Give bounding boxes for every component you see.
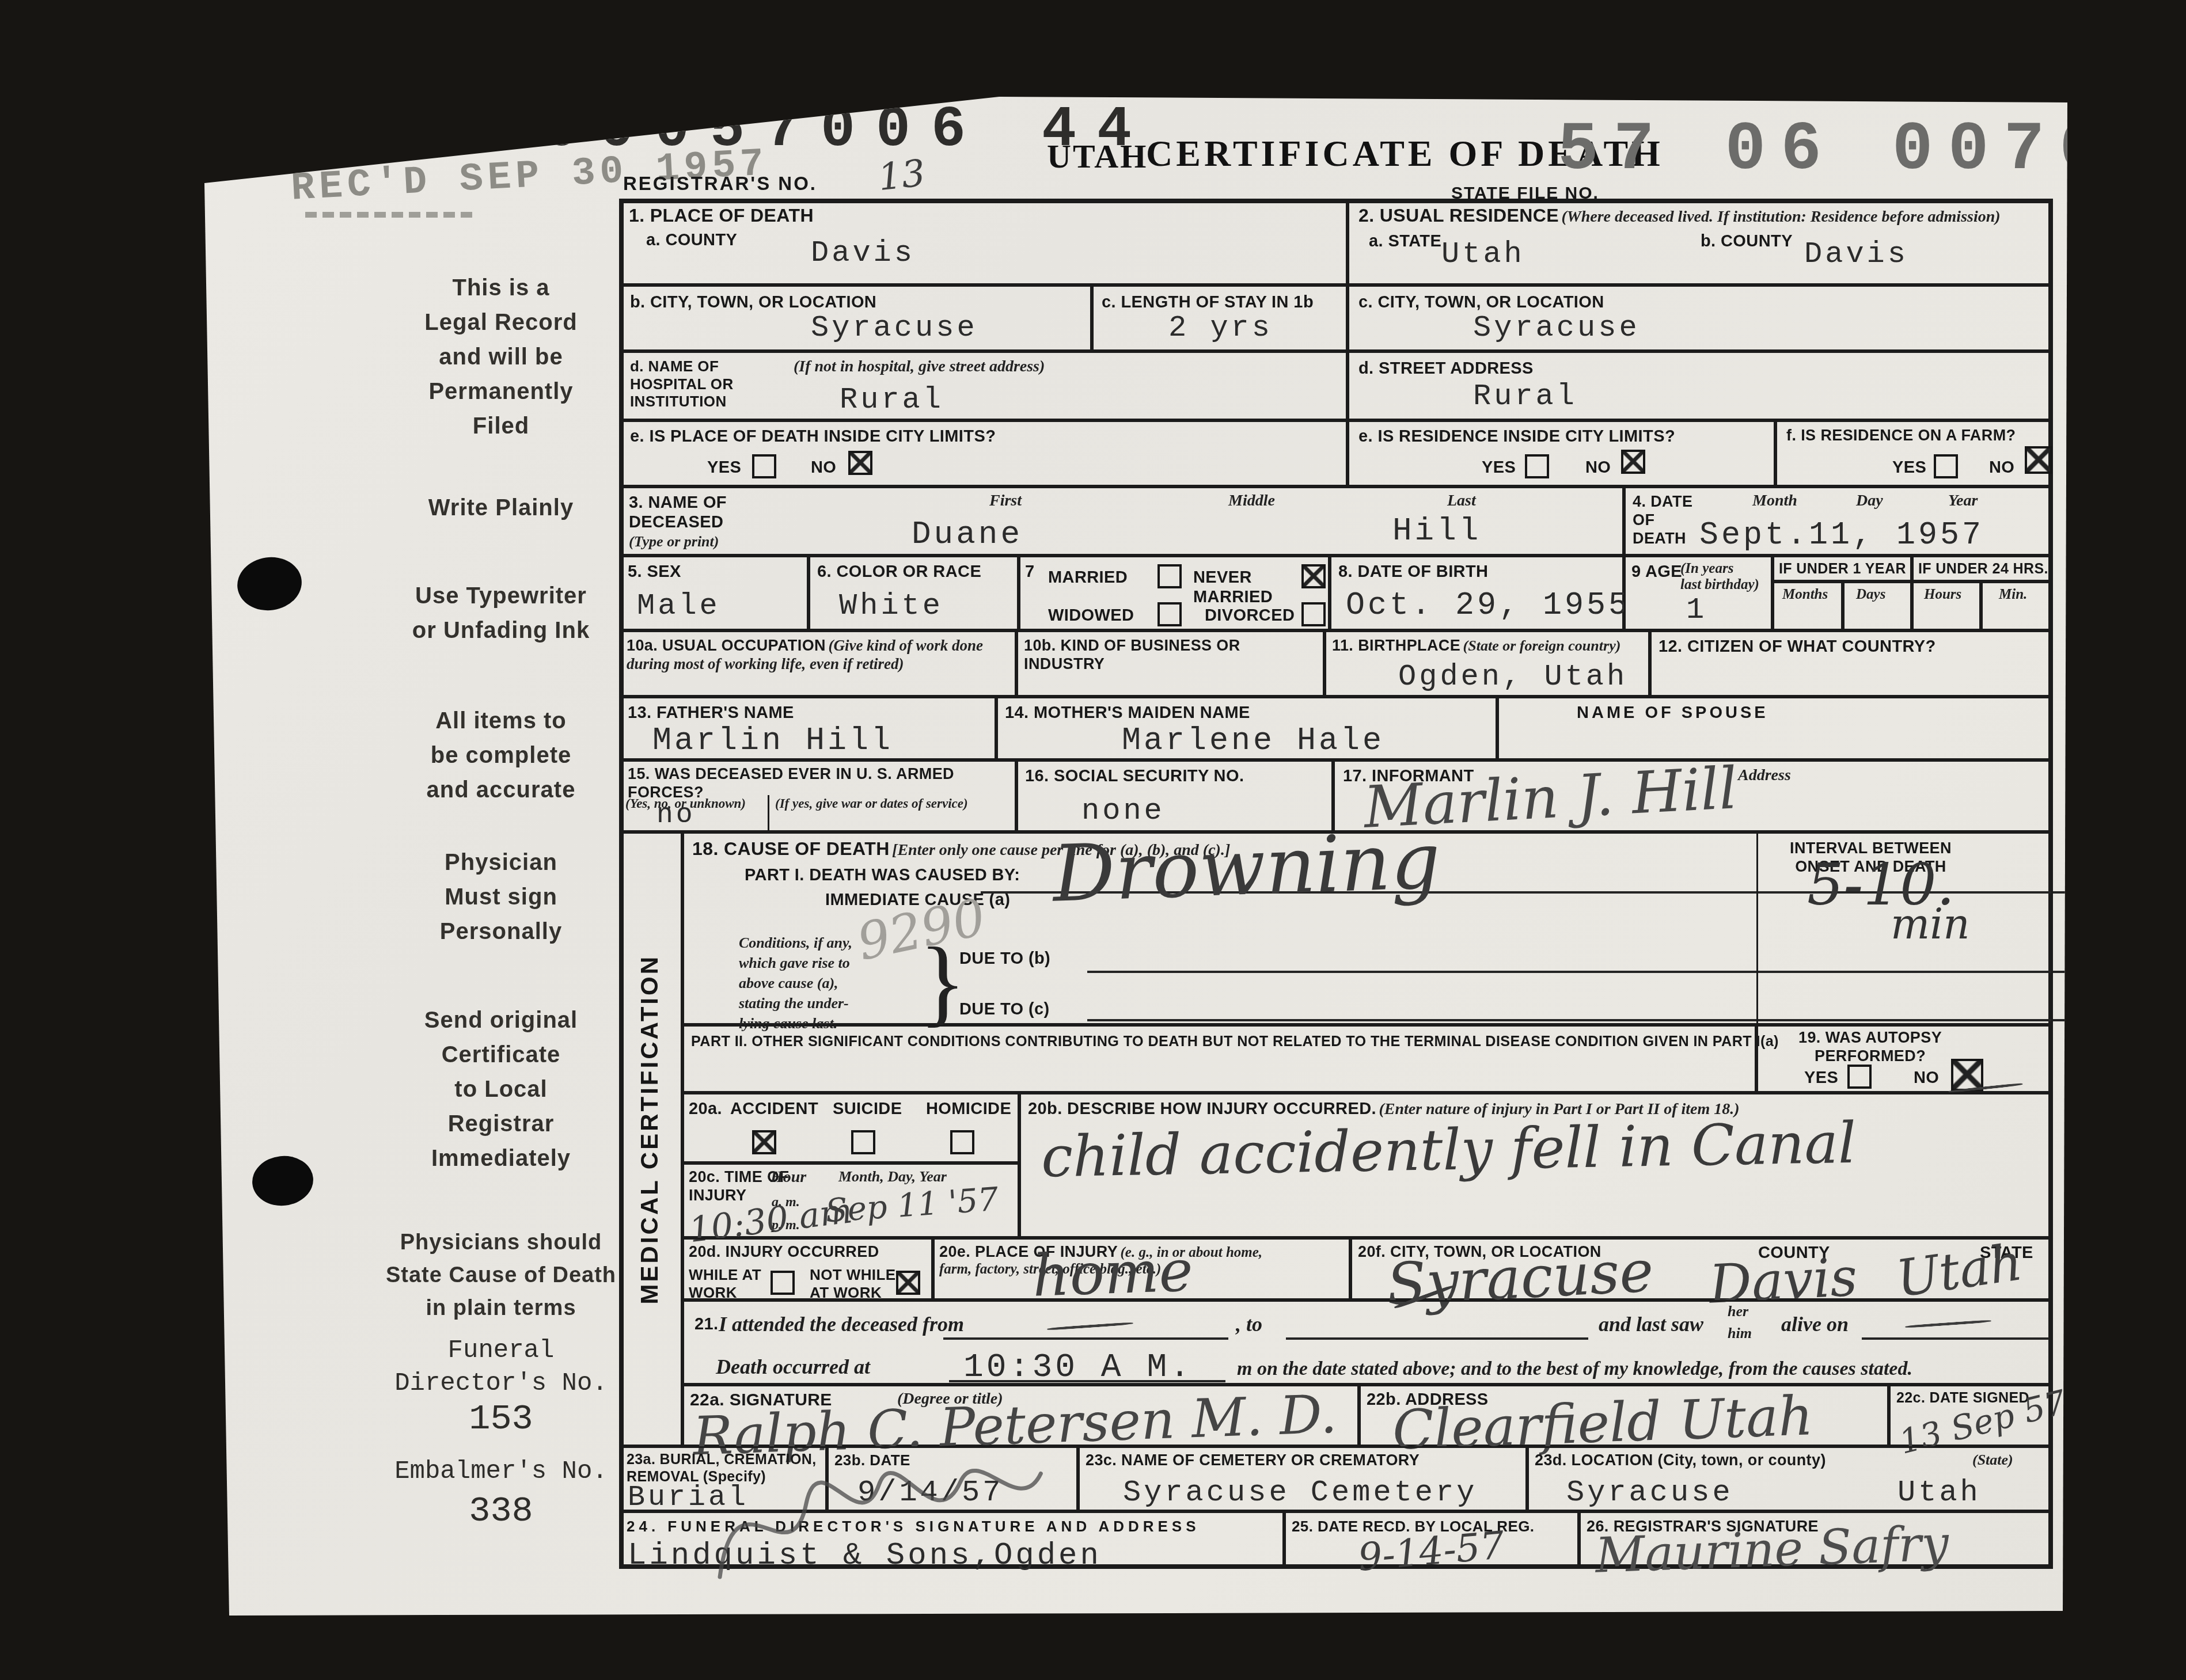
field-21-her-text: her xyxy=(1728,1303,1748,1320)
funeral-director-no-label: Funeral Director's No. xyxy=(346,1335,656,1400)
field-4-year-label: Year xyxy=(1948,492,1978,510)
field-9-under-24-header: IF UNDER 24 HRS. xyxy=(1912,556,2053,581)
field-1b-city: b. CITY, TOWN, OR LOCATION Syracuse xyxy=(619,285,1092,351)
field-26-value: Maurine Safry xyxy=(1594,1515,1949,1583)
field-20a-accident-label: ACCIDENT xyxy=(730,1099,818,1119)
field-15-hint2: (If yes, give war or dates of service) xyxy=(775,796,968,811)
field-21-attended-text: I attended the deceased from xyxy=(719,1312,964,1336)
field-20d-while-checkbox xyxy=(771,1271,795,1295)
field-2e-city-limits: e. IS RESIDENCE INSIDE CITY LIMITS? YES … xyxy=(1348,420,1775,486)
field-19-label: 19. WAS AUTOPSY PERFORMED? xyxy=(1798,1029,1942,1066)
field-2c-label: c. CITY, TOWN, OR LOCATION xyxy=(1358,292,1604,312)
field-1d-hint: (If not in hospital, give street address… xyxy=(794,358,1045,376)
field-18c-label: DUE TO (c) xyxy=(959,999,1050,1019)
field-7-married-label: MARRIED xyxy=(1048,568,1128,587)
field-18-part2-label: PART II. OTHER SIGNIFICANT CONDITIONS CO… xyxy=(691,1032,1779,1050)
field-20b-value: child accidently fell in Canal xyxy=(1041,1111,1857,1191)
field-16-label: 16. SOCIAL SECURITY NO. xyxy=(1025,766,1244,786)
registrars-no-label: REGISTRAR'S NO. xyxy=(623,173,817,195)
field-9-min: Min. xyxy=(1981,581,2053,630)
registrars-no-value: 13 xyxy=(876,152,927,199)
field-11-label: 11. BIRTHPLACE xyxy=(1332,637,1460,654)
field-2e-yes-checkbox xyxy=(1525,454,1549,478)
field-14-value: Marlene Hale xyxy=(1122,723,1384,759)
field-17-informant: 17. INFORMANT Address Marlin J. Hill xyxy=(1333,760,2053,832)
field-16-value: none xyxy=(1081,794,1165,828)
field-2f-yes-checkbox xyxy=(1934,454,1958,478)
field-4-date-of-death: 4. DATE OF DEATH Month Day Year Sept.11,… xyxy=(1624,486,2053,556)
field-9-value: 1 xyxy=(1686,593,1707,627)
field-15-armed-forces: 15. WAS DECEASED EVER IN U. S. ARMED FOR… xyxy=(619,760,1016,832)
field-9-under-24-label: IF UNDER 24 HRS. xyxy=(1918,561,2048,578)
field-20a-manner: 20a. ACCIDENT SUICIDE HOMICIDE xyxy=(682,1093,1019,1163)
field-2d-value: Rural xyxy=(1473,379,1577,413)
field-13-label: 13. FATHER'S NAME xyxy=(628,703,794,723)
field-19-yes-label: YES xyxy=(1804,1068,1838,1088)
field-1a-value: Davis xyxy=(811,236,915,270)
field-20f-injury-location: 20f. CITY, TOWN, OR LOCATION COUNTY STAT… xyxy=(1350,1238,2053,1300)
field-2b-value: Davis xyxy=(1804,237,1908,271)
field-4-day-label: Day xyxy=(1856,492,1883,510)
field-21-to-text: , to xyxy=(1236,1312,1262,1336)
punch-hole-bottom xyxy=(250,1153,316,1209)
field-6-label: 6. COLOR OR RACE xyxy=(817,562,981,581)
field-13-father: 13. FATHER'S NAME Marlin Hill xyxy=(619,697,996,760)
field-1d-label: d. NAME OF HOSPITAL OR INSTITUTION xyxy=(630,358,734,411)
field-7-married-checkbox xyxy=(1157,564,1182,588)
field-22b-address: 22b. ADDRESS Clearfield Utah xyxy=(1359,1385,1889,1446)
field-3-first-label: First xyxy=(989,492,1022,510)
field-2c-value: Syracuse xyxy=(1473,311,1640,345)
funeral-director-no-value: 153 xyxy=(346,1396,656,1443)
field-11-label-row: 11. BIRTHPLACE (State or foreign country… xyxy=(1332,637,1620,655)
margin-note-physician-sign: Physician Must sign Personally xyxy=(357,845,645,949)
field-20c-hour-label: Hour xyxy=(771,1168,806,1187)
field-4-value: Sept.11, 1957 xyxy=(1699,517,1984,553)
field-9-age: 9 AGE (In years last birthday) 1 xyxy=(1624,556,1773,630)
field-1e-yes-label: YES xyxy=(707,458,741,477)
field-12-citizen: 12. CITIZEN OF WHAT COUNTRY? xyxy=(1650,630,2053,697)
field-18-part2: PART II. OTHER SIGNIFICANT CONDITIONS CO… xyxy=(682,1025,1756,1093)
field-21-tail-text: m on the date stated above; and to the b… xyxy=(1237,1358,1912,1380)
field-18b-label: DUE TO (b) xyxy=(959,949,1050,968)
field-20d-while-label: WHILE AT WORK xyxy=(689,1266,761,1301)
field-9-hours-label: Hours xyxy=(1924,587,1961,603)
field-10b-industry: 10b. KIND OF BUSINESS OR INDUSTRY xyxy=(1016,630,1324,697)
field-1c-length-of-stay: c. LENGTH OF STAY IN 1b 2 yrs xyxy=(1092,285,1348,351)
field-15-divider xyxy=(768,795,769,832)
field-1c-label: c. LENGTH OF STAY IN 1b xyxy=(1102,292,1314,312)
field-20e-value: home xyxy=(1031,1237,1194,1310)
field-1e-no-label: NO xyxy=(811,458,836,477)
margin-note-write-plainly: Write Plainly xyxy=(357,491,645,525)
field-3-middle-label: Middle xyxy=(1228,492,1275,510)
field-19-yes-checkbox xyxy=(1847,1065,1872,1089)
field-20f-state-value: Utah xyxy=(1893,1232,2026,1308)
field-2d-street: d. STREET ADDRESS Rural xyxy=(1348,351,2053,420)
attended-to-line xyxy=(1286,1337,1588,1340)
field-1d-hospital: d. NAME OF HOSPITAL OR INSTITUTION (If n… xyxy=(619,351,1348,420)
field-11-value: Ogden, Utah xyxy=(1398,660,1627,694)
field-7-widowed-label: WIDOWED xyxy=(1048,606,1134,625)
field-12-label: 12. CITIZEN OF WHAT COUNTRY? xyxy=(1659,637,1936,656)
field-2f-label: f. IS RESIDENCE ON A FARM? xyxy=(1786,427,2016,445)
received-stamp-underline xyxy=(305,212,472,218)
field-19-no-label: NO xyxy=(1914,1068,1939,1088)
margin-note-legal-record: This is a Legal Record and will be Perma… xyxy=(357,271,645,443)
field-21-alive-on-text: alive on xyxy=(1781,1312,1849,1336)
field-21-attended: 21. I attended the deceased from , to an… xyxy=(682,1300,2053,1385)
field-8-value: Oct. 29, 1955 xyxy=(1346,587,1630,624)
field-20b-label: 20b. DESCRIBE HOW INJURY OCCURRED. xyxy=(1028,1100,1376,1118)
field-2-usual-residence: 2. USUAL RESIDENCE (Where deceased lived… xyxy=(1348,199,2053,285)
field-20a-accident-checkbox xyxy=(752,1130,776,1154)
field-7-never-married-checkbox xyxy=(1301,564,1326,588)
margin-note-use-typewriter: Use Typewriter or Unfading Ink xyxy=(346,579,656,648)
margin-note-all-items: All items to be complete and accurate xyxy=(357,704,645,807)
field-1e-label: e. IS PLACE OF DEATH INSIDE CITY LIMITS? xyxy=(630,427,996,446)
field-18-conditions-note: Conditions, if any, which gave rise to a… xyxy=(739,933,852,1033)
field-20a-suicide-label: SUICIDE xyxy=(833,1099,902,1119)
field-19-autopsy: 19. WAS AUTOPSY PERFORMED? YES NO xyxy=(1756,1025,2053,1093)
field-20c-mdy-label: Month, Day, Year xyxy=(838,1168,947,1185)
field-25-date-received: 25. DATE RECD. BY LOCAL REG. 9-14-57 xyxy=(1284,1511,1579,1569)
alive-on-mark xyxy=(1905,1320,1991,1328)
field-4-label: 4. DATE OF DEATH xyxy=(1633,493,1692,548)
field-20d-label: 20d. INJURY OCCURRED xyxy=(689,1243,879,1261)
field-7-marital-status: 7 MARRIED NEVER MARRIED WIDOWED DIVORCED xyxy=(1019,556,1330,630)
field-18-interval-column: INTERVAL BETWEEN ONSET AND DEATH 5-10. m… xyxy=(1756,832,2053,1025)
field-11-hint: (State or foreign country) xyxy=(1463,637,1621,654)
medical-certification-sidebar: MEDICAL CERTIFICATION xyxy=(619,832,682,1446)
field-9-days-label: Days xyxy=(1856,587,1885,603)
field-2a-label: a. STATE xyxy=(1369,231,1441,251)
field-9-hours: Hours xyxy=(1912,581,1981,630)
field-7-divorced-label: DIVORCED xyxy=(1205,606,1295,625)
field-10a-label: 10a. USUAL OCCUPATION xyxy=(627,637,826,654)
field-20d-notwhile-label: NOT WHILE AT WORK xyxy=(810,1266,895,1301)
field-20a-homicide-label: HOMICIDE xyxy=(926,1099,1011,1119)
field-3-name-of-deceased: 3. NAME OF DECEASED (Type or print) Firs… xyxy=(619,486,1624,556)
field-2f-no-label: NO xyxy=(1989,458,2014,477)
field-2e-no-label: NO xyxy=(1585,458,1611,477)
field-spouse-label: NAME OF SPOUSE xyxy=(1577,703,1768,723)
field-20a-number: 20a. xyxy=(689,1099,722,1119)
margin-note-send-original: Send original Certificate to Local Regis… xyxy=(357,1003,645,1176)
field-7-number: 7 xyxy=(1025,562,1035,581)
state-file-number-stamp: 57 06 0070 xyxy=(1558,112,2115,189)
field-1b-label: b. CITY, TOWN, OR LOCATION xyxy=(630,292,876,312)
field-18a-value: Drowning xyxy=(1051,815,1441,919)
field-2f-no-checkbox xyxy=(2025,446,2052,474)
field-10a-occupation: 10a. USUAL OCCUPATION (Give kind of work… xyxy=(619,630,1016,697)
field-1e-city-limits: e. IS PLACE OF DEATH INSIDE CITY LIMITS?… xyxy=(619,420,1348,486)
field-7-widowed-checkbox xyxy=(1157,602,1182,626)
field-21-death-at-text: Death occurred at xyxy=(716,1355,870,1379)
field-1b-value: Syracuse xyxy=(811,311,978,345)
punch-hole-top xyxy=(234,553,305,615)
field-17-address-label: Address xyxy=(1738,766,1791,785)
field-2f-farm: f. IS RESIDENCE ON A FARM? YES NO xyxy=(1775,420,2053,486)
embalmer-no-value: 338 xyxy=(346,1488,656,1535)
field-2e-no-checkbox xyxy=(1621,450,1645,474)
field-14-label: 14. MOTHER'S MAIDEN NAME xyxy=(1005,703,1250,723)
field-2e-label: e. IS RESIDENCE INSIDE CITY LIMITS? xyxy=(1358,427,1675,446)
field-1-label: 1. PLACE OF DEATH xyxy=(629,205,814,227)
field-20c-date-value: Sep 11 '57 xyxy=(824,1181,1000,1230)
field-23d-location: 23d. LOCATION (City, town, or county) (S… xyxy=(1527,1446,2053,1511)
field-20a-homicide-checkbox xyxy=(950,1130,974,1154)
medical-certification-label: MEDICAL CERTIFICATION xyxy=(636,955,663,1304)
field-15-value: no xyxy=(656,800,696,831)
field-2f-yes-label: YES xyxy=(1892,458,1926,477)
conditions-brace: } xyxy=(919,926,966,1038)
field-19-no-checkbox xyxy=(1951,1059,1983,1091)
certificate-title-state: UTAH xyxy=(1047,137,1148,176)
field-6-color-or-race: 6. COLOR OR RACE White xyxy=(809,556,1019,630)
embalmer-no-label: Embalmer's No. xyxy=(346,1455,656,1488)
field-23d-state-label: (State) xyxy=(1972,1451,2013,1469)
field-9-days: Days xyxy=(1843,581,1912,630)
field-3-first-value: Duane xyxy=(912,516,1023,553)
field-2-hint: (Where deceased lived. If institution: R… xyxy=(1561,208,2000,226)
field-10a-label-row: 10a. USUAL OCCUPATION (Give kind of work… xyxy=(627,637,1009,673)
interval-unit: min xyxy=(1891,900,1970,948)
field-18-label: 18. CAUSE OF DEATH xyxy=(692,838,890,859)
field-13-value: Marlin Hill xyxy=(652,723,893,759)
field-22c-date-signed: 22c. DATE SIGNED 13 Sep 57 xyxy=(1889,1385,2053,1446)
field-6-value: White xyxy=(839,589,943,623)
field-21-number: 21. xyxy=(694,1314,719,1334)
field-9-under-1-year-header: IF UNDER 1 YEAR xyxy=(1773,556,1912,581)
field-9-months-label: Months xyxy=(1782,587,1828,603)
field-9-hint: (In years last birthday) xyxy=(1680,561,1759,593)
field-3-last-value: Hill xyxy=(1392,512,1481,549)
field-2e-yes-label: YES xyxy=(1482,458,1516,477)
field-23d-label: 23d. LOCATION (City, town, or county) xyxy=(1535,1451,1826,1470)
field-23c-value: Syracuse Cemetery xyxy=(1123,1476,1478,1510)
field-20c-time-of-injury: 20c. TIME OF INJURY Hour Month, Day, Yea… xyxy=(682,1163,1019,1238)
field-8-date-of-birth: 8. DATE OF BIRTH Oct. 29, 1955 xyxy=(1330,556,1624,630)
field-23d-state-value: Utah xyxy=(1897,1476,1981,1510)
field-9-min-label: Min. xyxy=(1999,587,2027,603)
field-14-mother: 14. MOTHER'S MAIDEN NAME Marlene Hale xyxy=(996,697,1497,760)
field-23c-cemetery: 23c. NAME OF CEMETERY OR CREMATORY Syrac… xyxy=(1078,1446,1527,1511)
field-3-last-label: Last xyxy=(1447,492,1476,510)
field-9-months: Months xyxy=(1773,581,1843,630)
field-1a-label: a. COUNTY xyxy=(646,230,737,250)
field-20b-describe-injury: 20b. DESCRIBE HOW INJURY OCCURRED. (Ente… xyxy=(1019,1093,2053,1238)
attended-from-line xyxy=(943,1337,1228,1340)
alive-on-line xyxy=(1862,1337,2049,1340)
field-5-sex: 5. SEX Male xyxy=(619,556,809,630)
field-3-label: 3. NAME OF DECEASED xyxy=(629,493,727,532)
field-2c-city: c. CITY, TOWN, OR LOCATION Syracuse xyxy=(1348,285,2053,351)
field-2b-label: b. COUNTY xyxy=(1701,231,1793,251)
field-10b-label: 10b. KIND OF BUSINESS OR INDUSTRY xyxy=(1024,637,1323,674)
field-20e-place-of-injury: 20e. PLACE OF INJURY (e. g., in or about… xyxy=(933,1238,1350,1300)
field-1-place-of-death: 1. PLACE OF DEATH a. COUNTY Davis xyxy=(619,199,1348,285)
field-2a-value: Utah xyxy=(1441,237,1525,271)
field-1e-no-checkbox xyxy=(848,451,872,475)
field-23c-label: 23c. NAME OF CEMETERY OR CREMATORY xyxy=(1086,1451,1420,1470)
field-2-label-row: 2. USUAL RESIDENCE (Where deceased lived… xyxy=(1358,205,2001,227)
field-11-birthplace: 11. BIRTHPLACE (State or foreign country… xyxy=(1324,630,1650,697)
field-4-month-label: Month xyxy=(1752,492,1797,510)
field-26-registrar-signature: 26. REGISTRAR'S SIGNATURE Maurine Safry xyxy=(1579,1511,2053,1569)
field-23d-city-value: Syracuse xyxy=(1566,1476,1733,1510)
field-1c-value: 2 yrs xyxy=(1168,311,1273,345)
field-spouse: NAME OF SPOUSE xyxy=(1497,697,2053,760)
field-5-value: Male xyxy=(637,589,720,623)
field-2d-label: d. STREET ADDRESS xyxy=(1358,359,1534,378)
field-2-label: 2. USUAL RESIDENCE xyxy=(1358,205,1559,226)
field-21-him-text: him xyxy=(1728,1325,1752,1342)
scanned-death-certificate: REC'D SEP 30 1957 00057006 44 REGISTRAR'… xyxy=(0,0,2186,1680)
field-9-under-1-year-label: IF UNDER 1 YEAR xyxy=(1779,561,1906,578)
field-18-part1-label: PART I. DEATH WAS CAUSED BY: xyxy=(745,865,1020,885)
field-1d-value: Rural xyxy=(840,383,944,417)
field-5-label: 5. SEX xyxy=(628,562,681,581)
field-8-label: 8. DATE OF BIRTH xyxy=(1338,562,1488,581)
field-1e-yes-checkbox xyxy=(752,454,776,478)
death-time-line xyxy=(949,1380,1225,1382)
certificate-paper: REC'D SEP 30 1957 00057006 44 REGISTRAR'… xyxy=(0,0,2186,1680)
field-20d-injury-occurred: 20d. INJURY OCCURRED WHILE AT WORK NOT W… xyxy=(682,1238,933,1300)
field-3-hint: (Type or print) xyxy=(629,533,719,550)
field-20a-suicide-checkbox xyxy=(851,1130,875,1154)
field-9-label: 9 AGE xyxy=(1631,562,1682,581)
field-21-last-saw-text: and last saw xyxy=(1599,1312,1703,1336)
field-7-divorced-checkbox xyxy=(1301,602,1326,626)
attended-from-mark xyxy=(1047,1322,1133,1331)
field-20d-notwhile-checkbox xyxy=(896,1271,920,1295)
